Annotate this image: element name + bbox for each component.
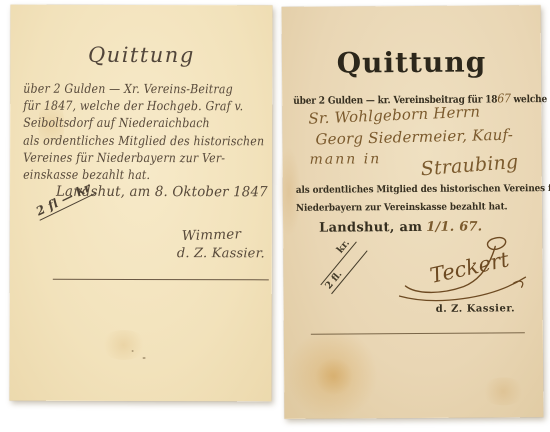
- horizontal-rule: [53, 279, 269, 281]
- paper-speck: [143, 357, 146, 359]
- receipt-1847-paper: Quittung über 2 Gulden — Xr. Vereins-Bei…: [9, 5, 272, 402]
- horizontal-rule: [311, 332, 525, 334]
- year-handwritten: 67: [497, 91, 510, 105]
- receipt-title-handwritten: Quittung: [10, 43, 272, 68]
- receipt-body-line: Vereines für Niederbayern zur Ver-: [23, 150, 225, 166]
- paper-stain: [314, 358, 354, 394]
- amount-box-diagonal: kr. 2 fl.: [311, 234, 367, 294]
- paper-stain: [480, 377, 526, 405]
- receipt-body-line: als ordentliches Mitglied des historisch…: [23, 133, 264, 149]
- subtitle-suffix: welche: [513, 94, 547, 105]
- cashier-role-label: d. Z. Kassier.: [436, 303, 516, 315]
- recipient-name-continued: mann in: [310, 151, 382, 167]
- receipt-title-printed: Quittung: [282, 45, 541, 80]
- paper-speck: [132, 350, 134, 352]
- cashier-signature: Wimmer: [182, 226, 242, 244]
- receipt-body-line: Seiboltsdorf auf Niederaichbach: [23, 115, 210, 130]
- membership-text-line: als ordentliches Mitglied des historisch…: [296, 183, 550, 196]
- cashier-signature-block: Teckert: [395, 231, 534, 310]
- photo-canvas: Quittung über 2 Gulden — Xr. Vereins-Bei…: [0, 0, 550, 432]
- paper-stain: [100, 330, 148, 360]
- recipient-name: Georg Siedermeier, Kauf-: [315, 126, 513, 149]
- receipt-1867-paper: Quittung über 2 Gulden — kr. Vereinsbeit…: [282, 5, 544, 419]
- cashier-role-label: d. Z. Kassier.: [177, 246, 265, 261]
- receipt-body-line: über 2 Gulden — Xr. Vereins-Beitrag: [23, 81, 233, 97]
- membership-text-line: Niederbayern zur Vereinskasse bezahlt ha…: [296, 201, 508, 213]
- recipient-city: Straubing: [420, 151, 519, 180]
- receipt-body-line: für 1847, welche der Hochgeb. Graf v.: [23, 98, 243, 114]
